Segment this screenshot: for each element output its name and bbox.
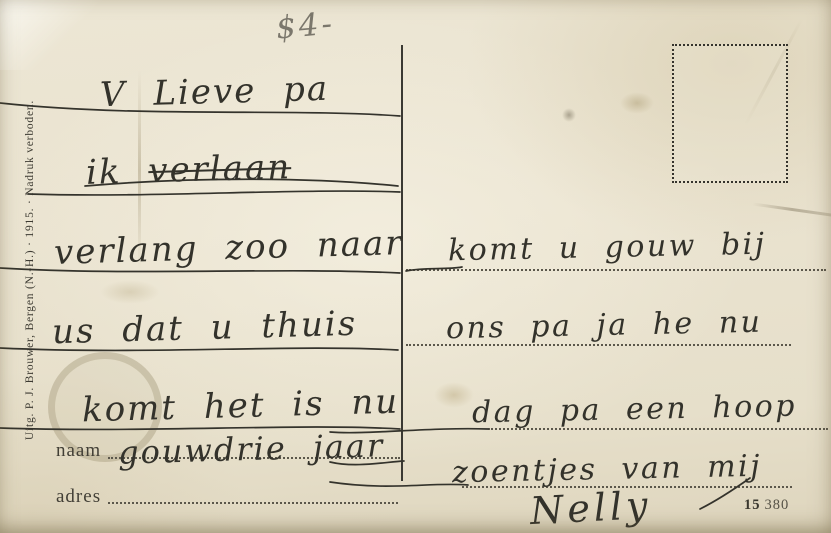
name-label: naam bbox=[56, 440, 101, 462]
message-left-line-6: gouwdrie jaar bbox=[118, 426, 385, 471]
message-right-line-2: ons pa ja he nu bbox=[446, 305, 763, 347]
serial-number-bold: 15 bbox=[744, 497, 761, 513]
stain-spot bbox=[562, 108, 576, 122]
message-left-line-4: us dat u thuis bbox=[52, 304, 358, 353]
address-line-1 bbox=[406, 269, 826, 271]
signature: Nelly bbox=[529, 483, 653, 533]
message-right-line-1: komt u gouw bij bbox=[448, 227, 767, 269]
serial-number: 15380 bbox=[744, 497, 789, 514]
message-left-line-2: ik verlaan bbox=[85, 147, 291, 193]
message-right-line-3: dag pa een hoop bbox=[472, 389, 798, 431]
pencil-price-note: $4- bbox=[275, 6, 337, 47]
stamp-box bbox=[672, 44, 788, 183]
message-left-line-2-pre: ik bbox=[85, 151, 148, 193]
message-left-line-5: komt het is nu bbox=[82, 382, 400, 431]
stain-spot bbox=[434, 382, 474, 408]
postcard-scan: Uitg. P. J. Brouwer, Bergen (N.-H.) · 19… bbox=[0, 0, 831, 533]
crease-mark bbox=[752, 202, 831, 216]
message-left-line-3: verlang zoo naar bbox=[54, 223, 405, 273]
stain-spot bbox=[620, 92, 654, 114]
serial-number-light: 380 bbox=[765, 497, 790, 513]
scan-corner-highlight bbox=[0, 0, 120, 70]
address-label: adres bbox=[56, 486, 101, 508]
crossed-out-word: verlaan bbox=[148, 147, 292, 191]
publisher-imprint: Uitg. P. J. Brouwer, Bergen (N.-H.) · 19… bbox=[24, 75, 40, 465]
message-right-line-4: zoentjes van mij bbox=[452, 449, 763, 490]
address-dotted-line bbox=[108, 502, 398, 504]
message-left-line-1: V Lieve pa bbox=[99, 69, 329, 115]
stain-spot bbox=[100, 280, 160, 304]
